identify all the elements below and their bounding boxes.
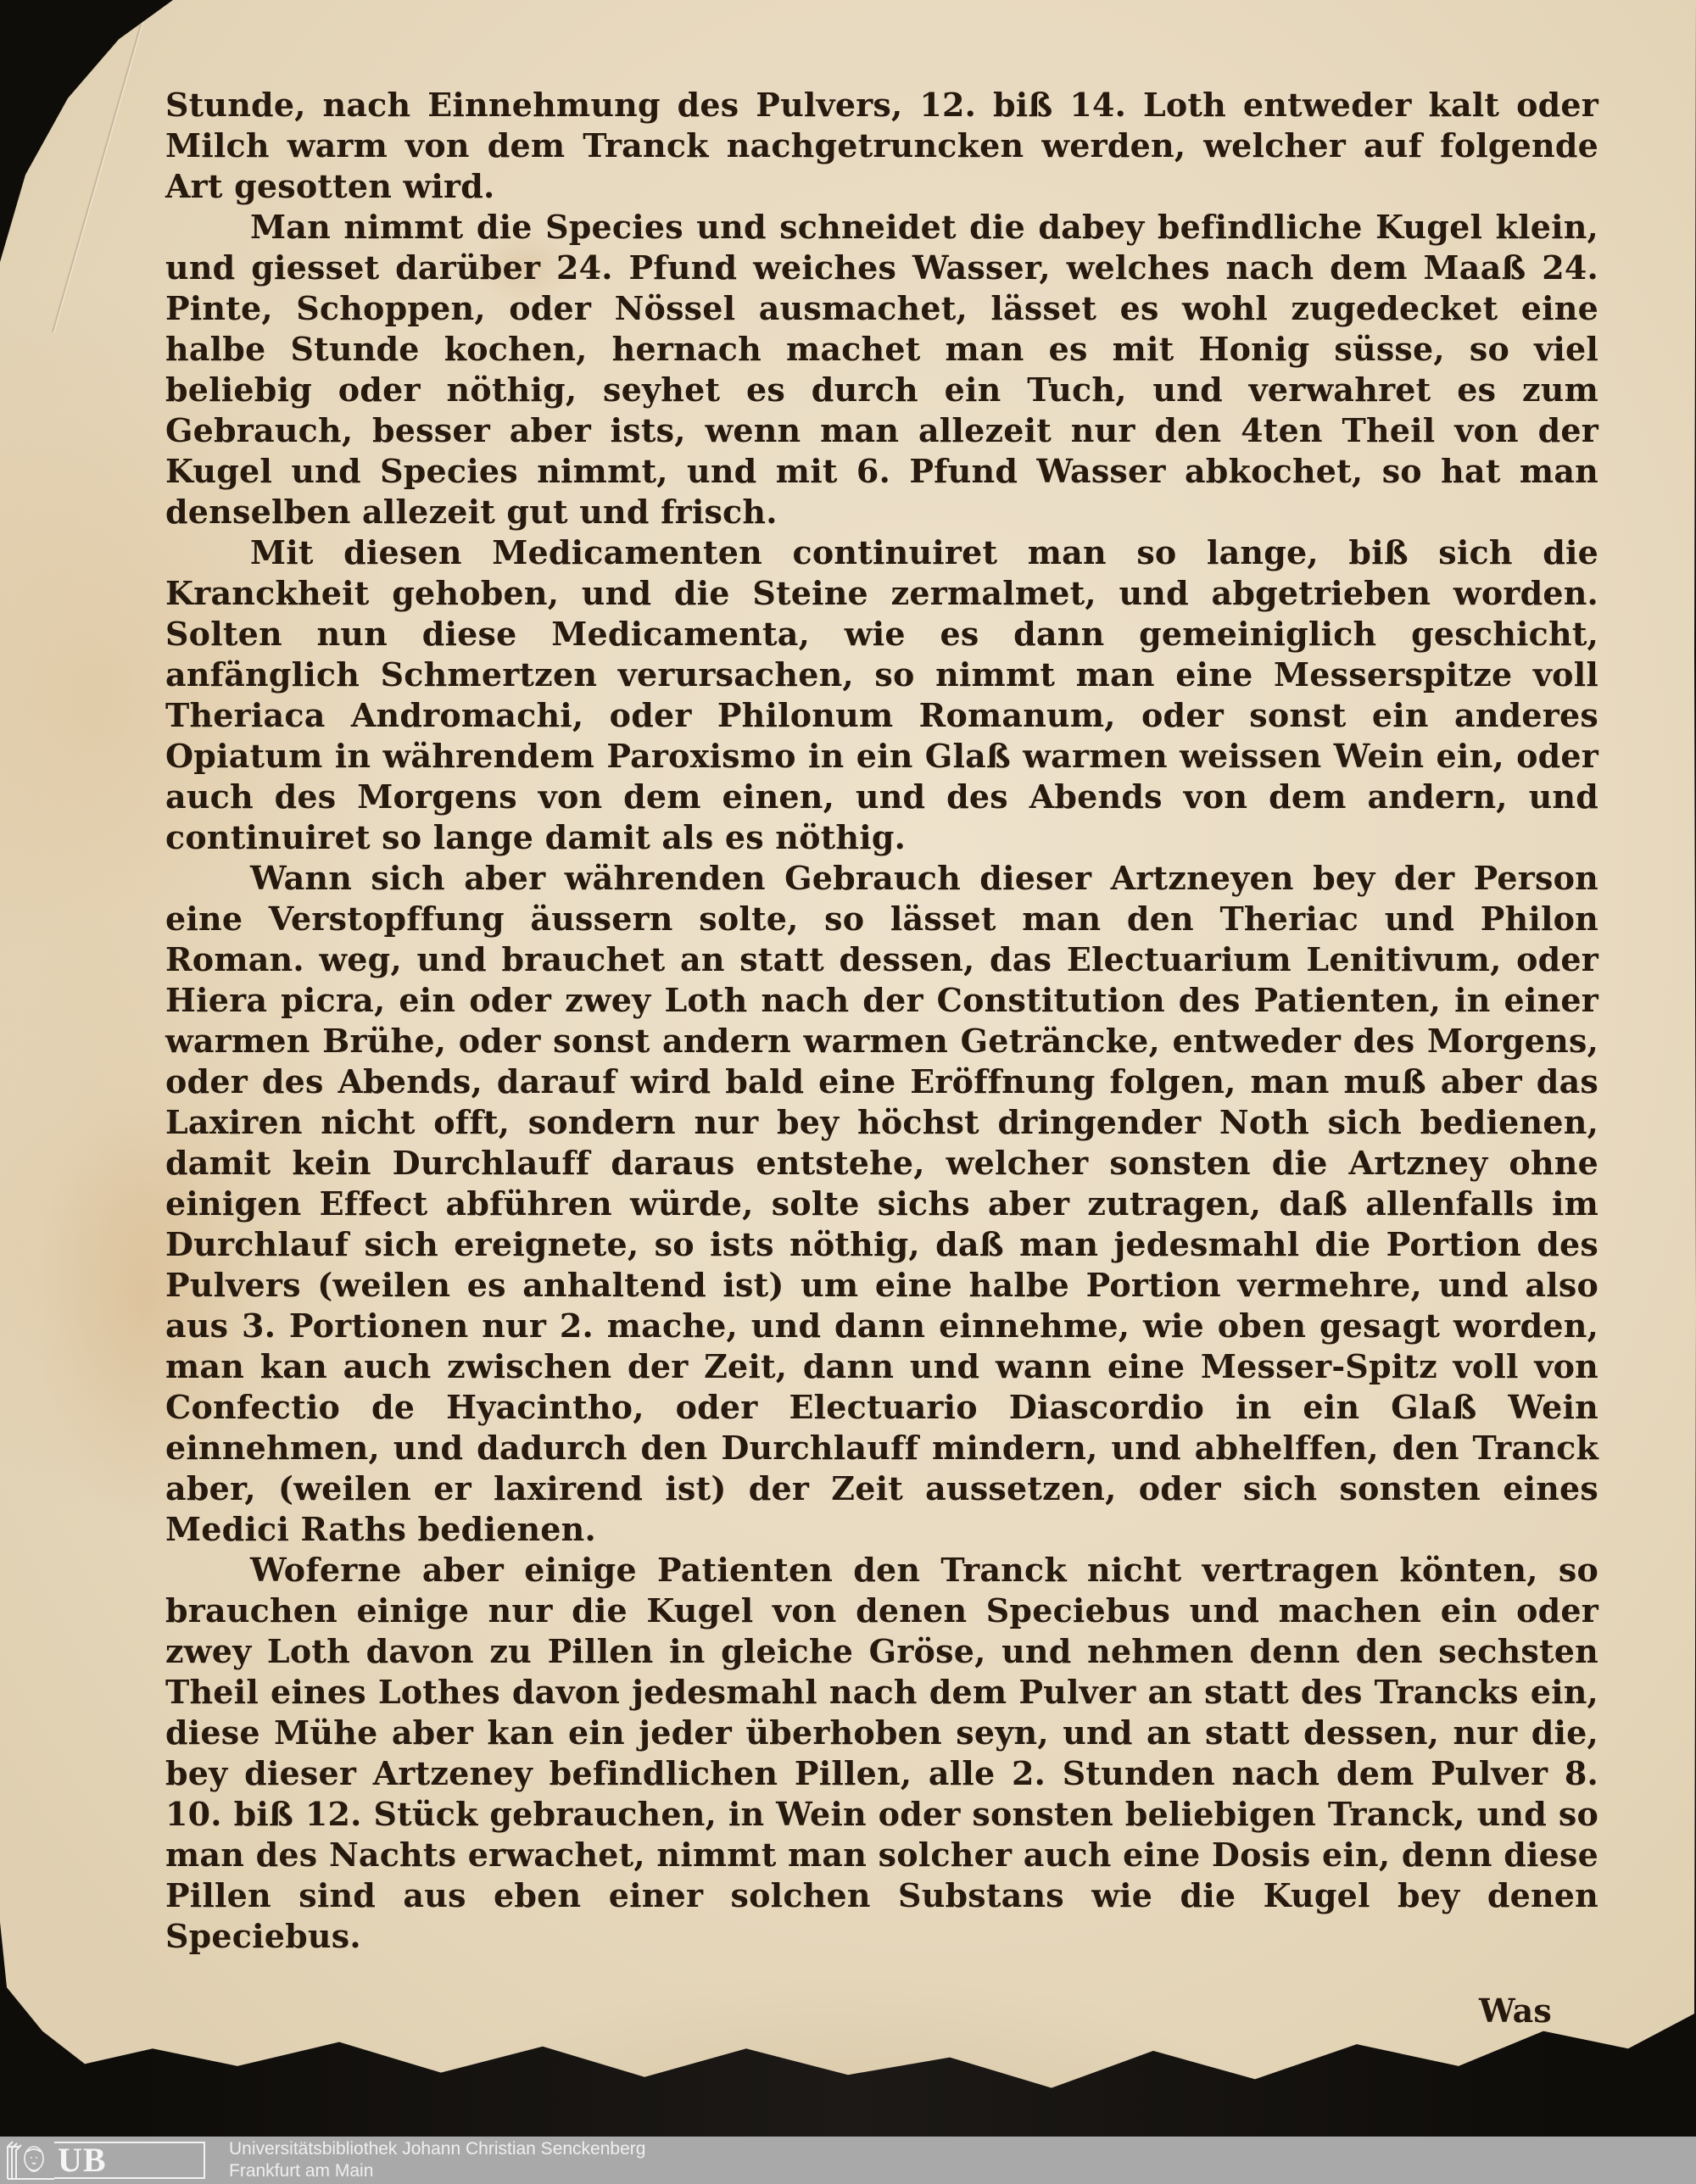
body-paragraph: Wann sich aber währenden Gebrauch dieser… <box>165 858 1598 1550</box>
library-name: Universitätsbibliothek Johann Christian … <box>229 2138 645 2160</box>
scanned-page: Stunde, nach Einnehmung des Pulvers, 12.… <box>0 0 1696 2184</box>
library-name-block: Universitätsbibliothek Johann Christian … <box>229 2138 645 2182</box>
body-paragraph: Stunde, nach Einnehmung des Pulvers, 12.… <box>165 85 1598 207</box>
catchword: Was <box>165 1991 1598 2031</box>
ub-logo-box: UB <box>54 2142 205 2179</box>
library-banner: UB Universitätsbibliothek Johann Christi… <box>0 2137 1696 2184</box>
library-city: Frankfurt am Main <box>229 2160 645 2182</box>
body-paragraph: Man nimmt die Species und schneidet die … <box>165 207 1598 532</box>
book-spines-portrait-icon <box>5 2140 54 2181</box>
body-paragraph: Mit diesen Medicamenten continuiret man … <box>165 532 1598 858</box>
page-text-block: Stunde, nach Einnehmung des Pulvers, 12.… <box>165 85 1598 2031</box>
ub-logo: UB <box>5 2140 205 2181</box>
body-paragraph: Woferne aber einige Patienten den Tranck… <box>165 1550 1598 1957</box>
ub-logo-letters: UB <box>58 2143 107 2177</box>
